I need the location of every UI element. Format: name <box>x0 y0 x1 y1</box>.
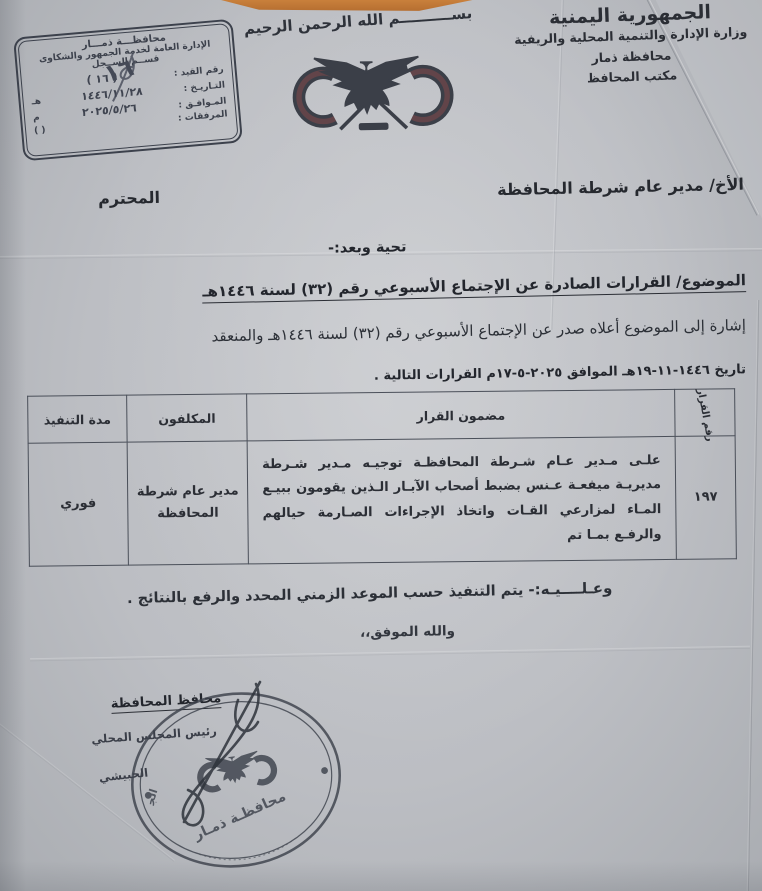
addressee-row: الأخ/ مدير عام شرطة المحافظة المحترم <box>98 175 744 209</box>
body-date-line: تاريخ ١٤٤٦-١١-١٩هـ الموافق ٢٠٢٥-٥-١٧م ال… <box>200 362 746 387</box>
signature-scrawl <box>118 670 358 855</box>
crease-line <box>30 646 750 662</box>
header-duration: مدة التنفيذ <box>28 395 127 443</box>
received-stamp: محافظـــة ذمـــار الإدارة العامة لخدمة ا… <box>13 19 243 162</box>
greeting-line: تحية وبعد:- <box>327 239 406 256</box>
header-decision-content: مضمون القرار <box>247 389 675 440</box>
cell-duration: فوري <box>28 442 128 566</box>
letterhead-governorate: محافظة ذمار <box>506 45 756 69</box>
yemen-eagle-emblem-icon <box>282 38 464 141</box>
stamp-field-label: المرفقات : <box>178 109 229 126</box>
stamp-field-unit: ( ) <box>34 125 46 139</box>
scanned-letter-page: الجمهورية اليمنية وزارة الإدارة والتنمية… <box>0 0 762 891</box>
closing-lead: وعـلــــيـه:- <box>528 579 612 599</box>
subject-text: الموضوع/ القرارات الصادرة عن الإجتماع ال… <box>202 271 746 303</box>
stamp-handwritten-value <box>46 121 178 133</box>
subject-line: الموضوع/ القرارات الصادرة عن الإجتماع ال… <box>90 271 746 303</box>
closing-salutation: والله الموفق،، <box>360 623 455 641</box>
closing-text: يتم التنفيذ حسب الموعد الزمني المحدد وال… <box>127 583 529 607</box>
cell-decision-number: ١٩٧ <box>675 436 736 560</box>
addressee-honorific: المحترم <box>98 188 160 208</box>
paper-edge <box>747 300 759 891</box>
paper-shadow <box>0 861 762 891</box>
stamp-scribble-mark <box>86 44 171 111</box>
table-header-row: رقم القرار مضمون القرار المكلفون مدة الت… <box>28 389 735 443</box>
decisions-table: رقم القرار مضمون القرار المكلفون مدة الت… <box>27 388 737 566</box>
addressee-name: الأخ/ مدير عام شرطة المحافظة <box>497 175 744 200</box>
header-decision-number-label: رقم القرار <box>694 387 715 442</box>
letterhead: الجمهورية اليمنية وزارة الإدارة والتنمية… <box>505 0 758 88</box>
body-intro: إشارة إلى الموضوع أعلاه صدر عن الإجتماع … <box>90 316 746 348</box>
decisions-table-grid: رقم القرار مضمون القرار المكلفون مدة الت… <box>27 388 737 566</box>
closing-line: وعـلــــيـه:- يتم التنفيذ حسب الموعد الز… <box>126 579 612 607</box>
cell-decision-content: علـى مـدير عـام شـرطة المحافظـة توجيـه م… <box>247 436 676 563</box>
header-assignees: المكلفون <box>127 394 248 442</box>
cell-assignees: مدير عام شرطة المحافظة <box>127 441 248 565</box>
header-decision-number: رقم القرار <box>675 389 736 437</box>
table-row: ١٩٧ علـى مـدير عـام شـرطة المحافظـة توجي… <box>28 436 736 566</box>
